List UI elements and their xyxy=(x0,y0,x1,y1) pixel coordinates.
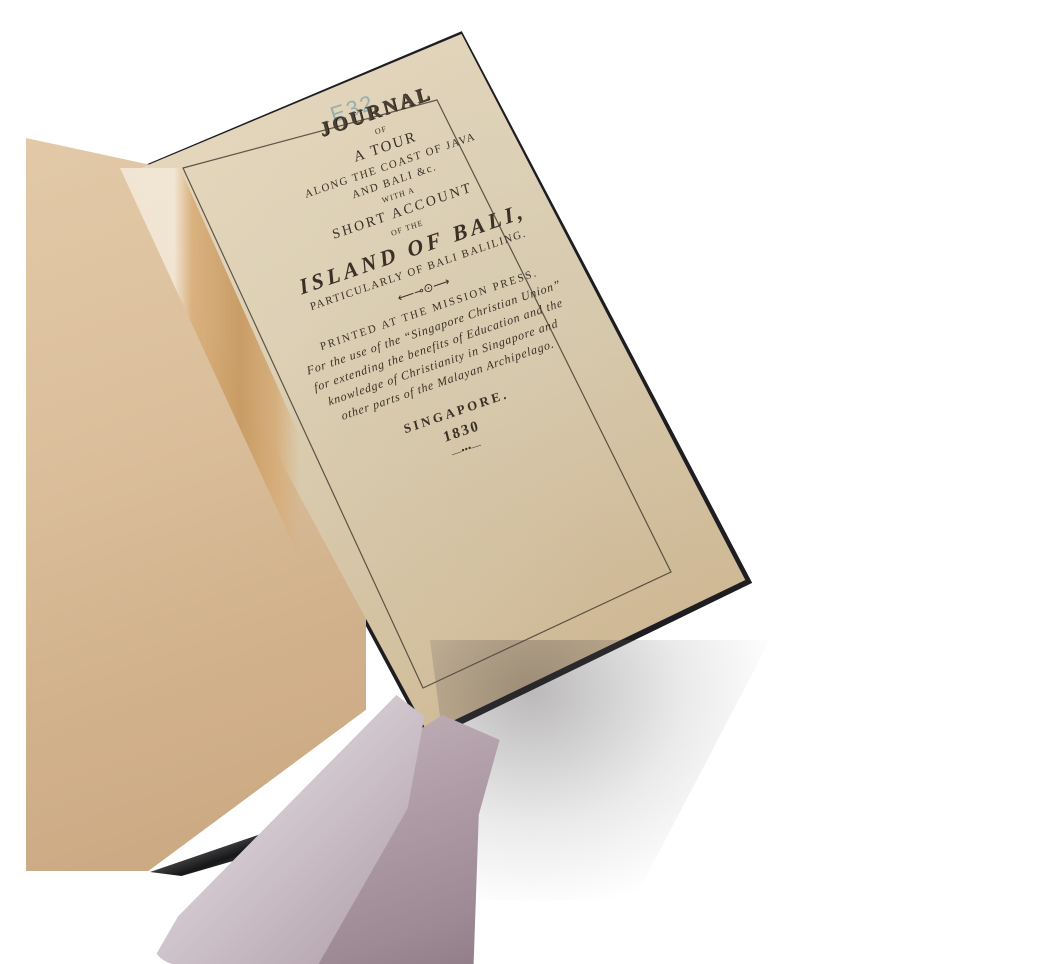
photo-scene: E32 JOURNAL OF A TOUR ALONG THE COAST OF… xyxy=(0,0,1041,964)
